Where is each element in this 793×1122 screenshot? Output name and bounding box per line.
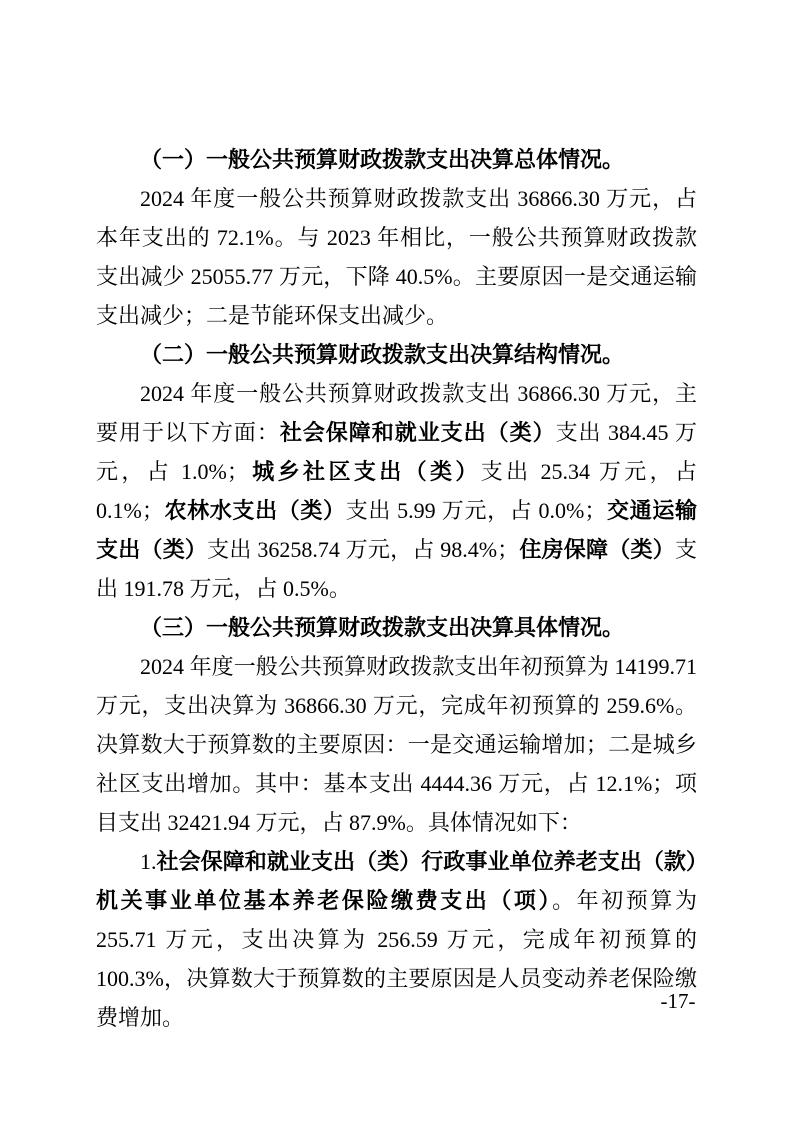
- section-3-heading: （三）一般公共预算财政拨款支出决算具体情况。: [96, 608, 697, 647]
- bold-text-run: 城乡社区支出（类）: [249, 459, 481, 484]
- section-1-paragraph: 2024 年度一般公共预算财政拨款支出 36866.30 万元，占本年支出的 7…: [96, 179, 697, 335]
- text-run: 支出 36258.74 万元，占 98.4%；: [207, 537, 519, 562]
- document-body: （一）一般公共预算财政拨款支出决算总体情况。 2024 年度一般公共预算财政拨款…: [96, 140, 697, 1037]
- bold-text-run: 社会保障和就业支出（类）: [280, 420, 556, 445]
- section-2-paragraph: 2024 年度一般公共预算财政拨款支出 36866.30 万元，主要用于以下方面…: [96, 374, 697, 608]
- text-run: 2024 年度一般公共预算财政拨款支出 36866.30 万元，占本年支出的 7…: [96, 186, 697, 328]
- section-3-paragraph: 2024 年度一般公共预算财政拨款支出年初预算为 14199.71 万元，支出决…: [96, 647, 697, 842]
- text-run: 支出 5.99 万元，占 0.0%；: [346, 498, 607, 523]
- item-1-paragraph: 1.社会保障和就业支出（类）行政事业单位养老支出（款）机关事业单位基本养老保险缴…: [96, 842, 697, 1037]
- bold-text-run: （一）一般公共预算财政拨款支出决算总体情况。: [140, 147, 624, 172]
- text-run: 2024 年度一般公共预算财政拨款支出年初预算为 14199.71 万元，支出决…: [96, 654, 697, 835]
- section-2-heading: （二）一般公共预算财政拨款支出决算结构情况。: [96, 335, 697, 374]
- text-run: 1.: [140, 849, 157, 874]
- bold-text-run: （三）一般公共预算财政拨款支出决算具体情况。: [140, 615, 624, 640]
- section-1-heading: （一）一般公共预算财政拨款支出决算总体情况。: [96, 140, 697, 179]
- page-number: -17-: [648, 988, 708, 1014]
- bold-text-run: 住房保障（类）: [519, 537, 675, 562]
- bold-text-run: 农林水支出（类）: [164, 498, 346, 523]
- document-page: （一）一般公共预算财政拨款支出决算总体情况。 2024 年度一般公共预算财政拨款…: [0, 0, 793, 1122]
- bold-text-run: （二）一般公共预算财政拨款支出决算结构情况。: [140, 342, 624, 367]
